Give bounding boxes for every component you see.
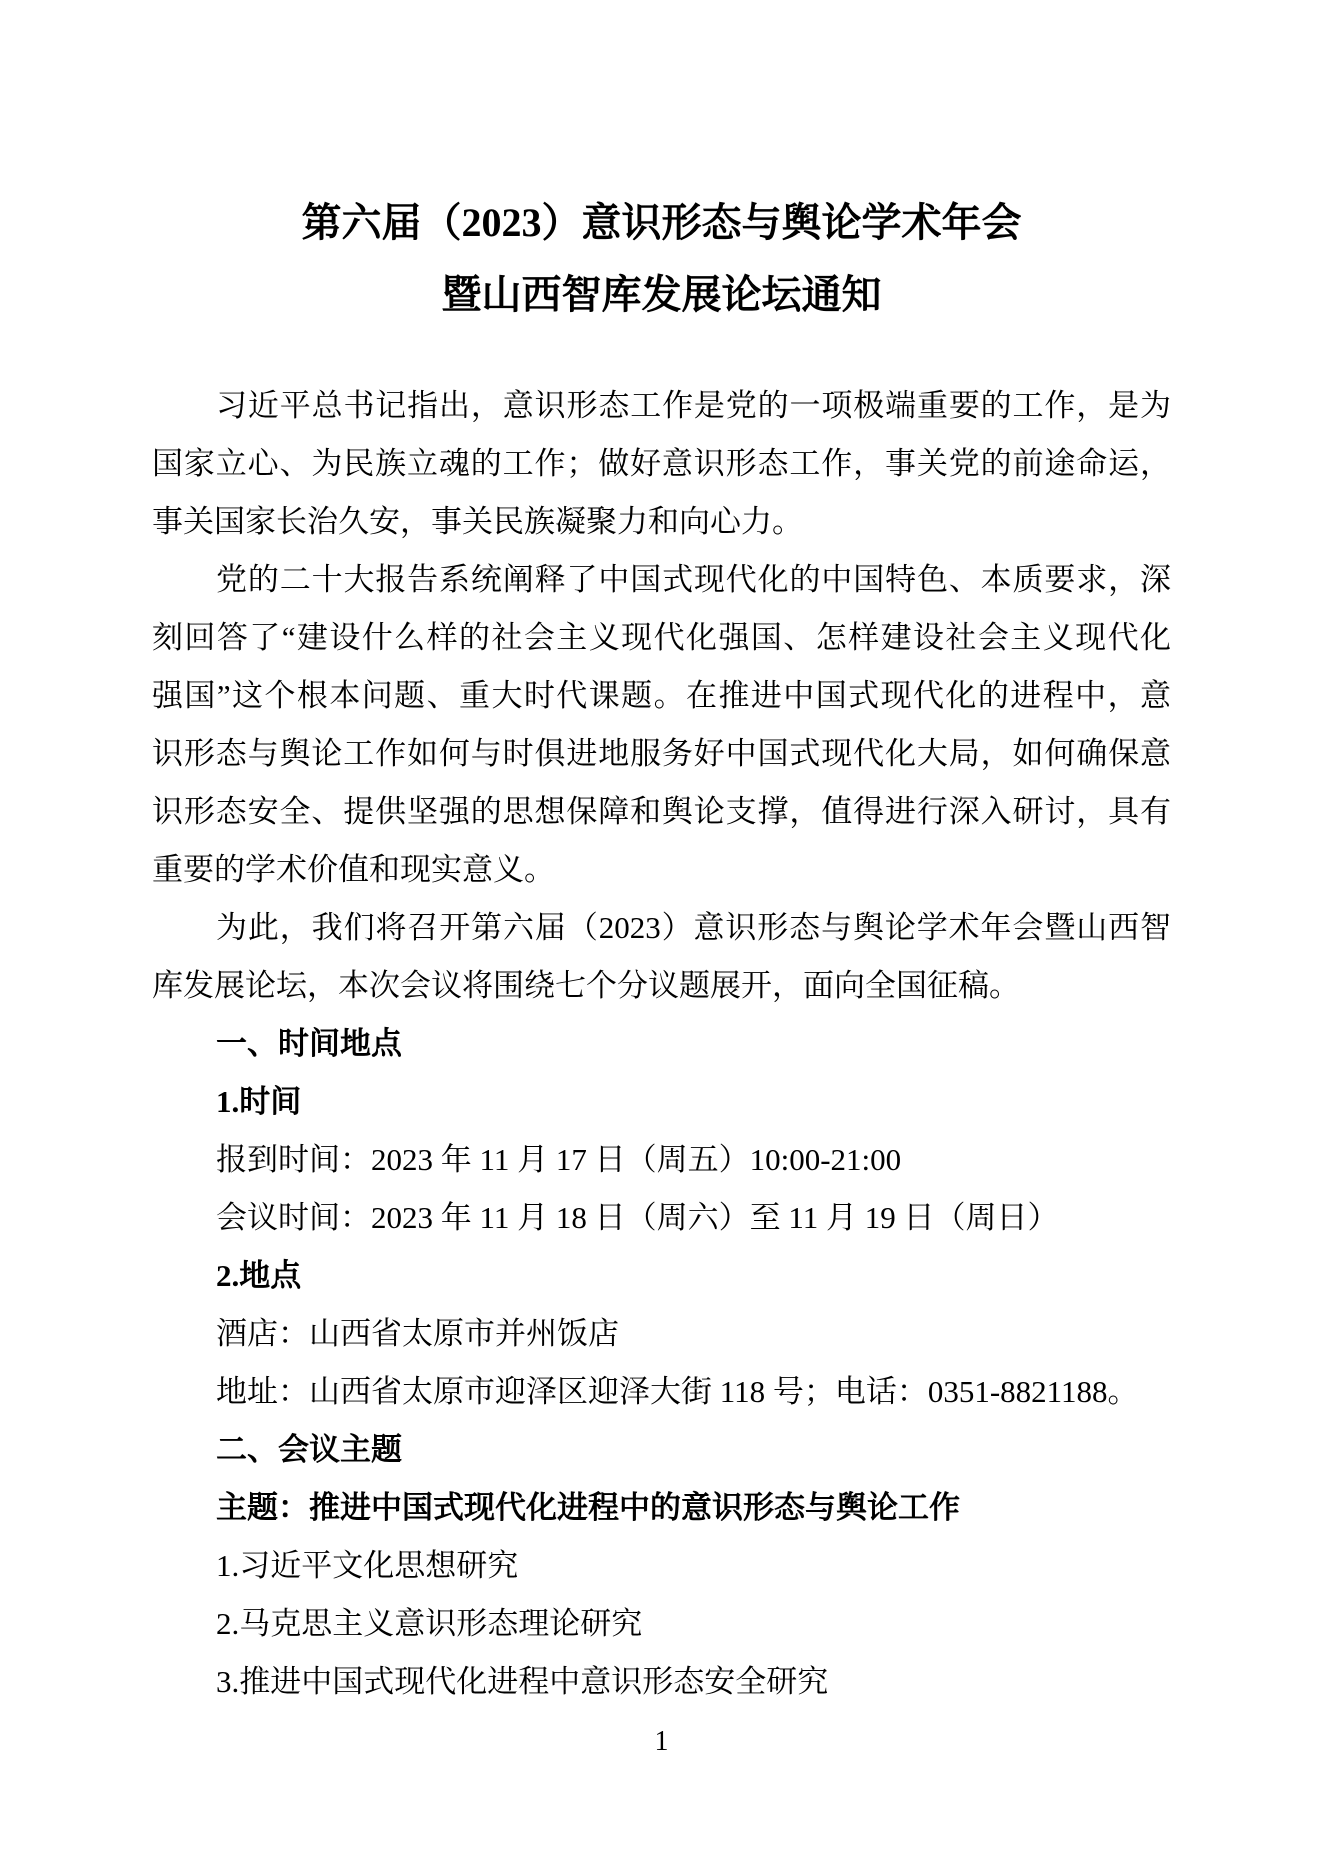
title-line-1: 第六届（2023）意识形态与舆论学术年会 (152, 187, 1171, 259)
meeting-time-line: 会议时间：2023 年 11 月 18 日（周六）至 11 月 19 日（周日） (152, 1189, 1171, 1247)
paragraph-line: 识形态安全、提供坚强的思想保障和舆论支撑，值得进行深入研讨，具有 (152, 783, 1171, 841)
address-line: 地址：山西省太原市迎泽区迎泽大街 118 号；电话：0351-8821188。 (152, 1363, 1171, 1421)
paragraph-line: 党的二十大报告系统阐释了中国式现代化的中国特色、本质要求，深 (152, 551, 1171, 609)
document-body: 习近平总书记指出，意识形态工作是党的一项极端重要的工作，是为 国家立心、为民族立… (152, 377, 1171, 1711)
section-2-heading: 二、会议主题 (152, 1421, 1171, 1479)
paragraph-line: 为此，我们将召开第六届（2023）意识形态与舆论学术年会暨山西智 (152, 899, 1171, 957)
section-1-heading: 一、时间地点 (152, 1015, 1171, 1073)
topic-item: 2.马克思主义意识形态理论研究 (152, 1595, 1171, 1653)
paragraph-line: 识形态与舆论工作如何与时俱进地服务好中国式现代化大局，如何确保意 (152, 725, 1171, 783)
document-title: 第六届（2023）意识形态与舆论学术年会 暨山西智库发展论坛通知 (152, 187, 1171, 331)
paragraph-line: 强国”这个根本问题、重大时代课题。在推进中国式现代化的进程中，意 (152, 667, 1171, 725)
topic-item: 1.习近平文化思想研究 (152, 1537, 1171, 1595)
paragraph-line: 库发展论坛，本次会议将围绕七个分议题展开，面向全国征稿。 (152, 957, 1171, 1015)
paragraph-line: 刻回答了“建设什么样的社会主义现代化强国、怎样建设社会主义现代化 (152, 609, 1171, 667)
title-line-2: 暨山西智库发展论坛通知 (152, 259, 1171, 331)
document-page: 第六届（2023）意识形态与舆论学术年会 暨山西智库发展论坛通知 习近平总书记指… (0, 0, 1323, 1871)
paragraph-line: 习近平总书记指出，意识形态工作是党的一项极端重要的工作，是为 (152, 377, 1171, 435)
paragraph-line: 国家立心、为民族立魂的工作；做好意识形态工作，事关党的前途命运， (152, 435, 1171, 493)
time-subheading: 1.时间 (152, 1073, 1171, 1131)
theme-line: 主题：推进中国式现代化进程中的意识形态与舆论工作 (152, 1479, 1171, 1537)
location-subheading: 2.地点 (152, 1247, 1171, 1305)
registration-time-line: 报到时间：2023 年 11 月 17 日（周五）10:00-21:00 (152, 1131, 1171, 1189)
hotel-line: 酒店：山西省太原市并州饭店 (152, 1305, 1171, 1363)
topic-item: 3.推进中国式现代化进程中意识形态安全研究 (152, 1653, 1171, 1711)
paragraph-line: 事关国家长治久安，事关民族凝聚力和向心力。 (152, 493, 1171, 551)
paragraph-line: 重要的学术价值和现实意义。 (152, 841, 1171, 899)
page-number: 1 (0, 1722, 1323, 1762)
